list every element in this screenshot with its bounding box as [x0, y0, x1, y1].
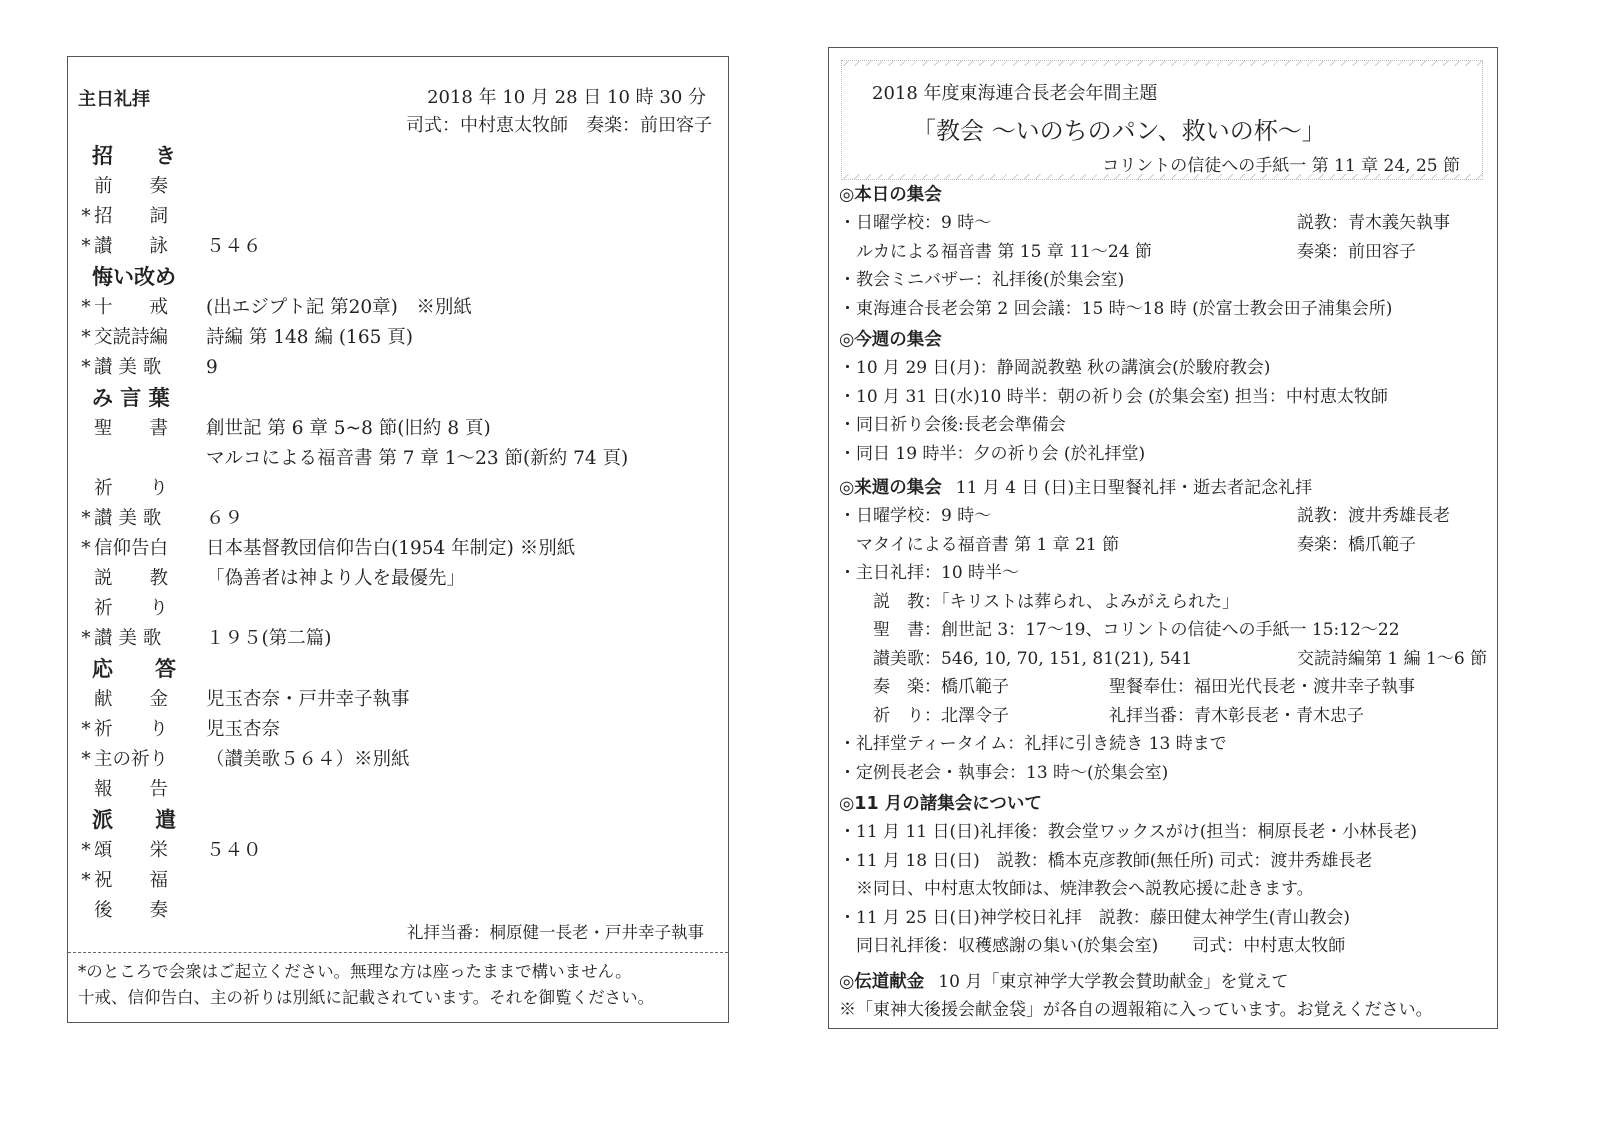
announcement-detail: 交読詩編第 1 編 1～6 節: [1297, 645, 1487, 674]
announcement-text: 聖 書：創世記 3：17～19、コリントの信徒への手紙一 15:12～22: [839, 620, 1400, 640]
liturgy-item-label: 説 教: [94, 564, 206, 594]
liturgy-item: *交読詩編詩編 第 148 編 (165 頁): [78, 323, 718, 353]
liturgy-item: *招 詞: [78, 202, 718, 232]
announcement-text: ルカによる福音書 第 15 章 11～24 節: [839, 242, 1152, 262]
announcement-line: ・同日 19 時半：夕の祈り会 (於礼拝堂): [839, 440, 1489, 469]
liturgy-item-continuation: マルコによる福音書 第 7 章 1～23 節(新約 74 頁): [78, 444, 718, 474]
liturgy-item-value: 9: [206, 353, 218, 383]
liturgy-section-heading: 派 遣: [78, 805, 718, 836]
announcement-line: ・同日祈り会後:長老会準備会: [839, 411, 1489, 440]
announcement-text: ・礼拝堂ティータイム：礼拝に引き続き 13 時まで: [839, 734, 1227, 754]
theme-scripture-ref: コリントの信徒への手紙一 第 11 章 24, 25 節: [1102, 151, 1460, 176]
liturgy-item-label: 祈 り: [94, 474, 206, 504]
liturgy-item: *頌 栄５４０: [78, 836, 718, 866]
announcement-line: ルカによる福音書 第 15 章 11～24 節奏楽：前田容子: [839, 238, 1489, 267]
liturgy-item: *讃 美 歌１９５(第二篇): [78, 624, 718, 654]
standing-marker: *: [78, 293, 94, 323]
dashed-divider: [68, 952, 728, 953]
liturgy-item: *信仰告白日本基督教団信仰告白(1954 年制定) ※別紙: [78, 534, 718, 564]
liturgy-section-heading: 応 答: [78, 654, 718, 685]
section-heading: ◎伝道献金10 月「東京神学大学教会賛助献金」を覚えて: [839, 968, 1489, 996]
liturgy-section-heading: 悔い改め: [78, 262, 718, 293]
liturgy-item: 祈 り: [78, 474, 718, 504]
standing-marker: *: [78, 866, 94, 896]
liturgy-item-value: 創世記 第 6 章 5~8 節(旧約 8 頁): [206, 414, 491, 444]
section-november: ◎11 月の諸集会について ・11 月 11 日(日)礼拝後：教会堂ワックスがけ…: [839, 790, 1489, 961]
section-heading: ◎本日の集会: [839, 181, 1489, 209]
announcement-detail: 奏楽：前田容子: [1297, 238, 1416, 267]
announcement-detail: 礼拝当番：青木彰長老・青木忠子: [1109, 702, 1364, 731]
liturgy-item: 聖 書創世記 第 6 章 5~8 節(旧約 8 頁): [78, 414, 718, 444]
footnote-line: *のところで会衆はご起立ください。無理な方は座ったままで構いません。: [78, 959, 654, 985]
liturgy-item-label: 後 奏: [94, 896, 206, 926]
announcement-line: ・日曜学校：9 時～説教：渡井秀雄長老: [839, 502, 1489, 531]
liturgy-item-value: 児玉杏奈・戸井幸子執事: [206, 685, 410, 715]
standing-marker: *: [78, 202, 94, 232]
liturgy-item: 献 金児玉杏奈・戸井幸子執事: [78, 685, 718, 715]
announcement-text: 奏 楽：橋爪範子: [839, 677, 1009, 697]
liturgy-item-label: 報 告: [94, 775, 206, 805]
liturgy-item: *讃 美 歌６９: [78, 504, 718, 534]
liturgy-item-label: 讃 詠: [94, 232, 206, 262]
standing-marker: *: [78, 624, 94, 654]
liturgy-item-value: １９５(第二篇): [206, 624, 331, 654]
footnote: *のところで会衆はご起立ください。無理な方は座ったままで構いません。 十戒、信仰…: [78, 959, 654, 1011]
service-staff: 司式：中村恵太牧師 奏楽：前田容子: [406, 111, 712, 137]
footnote-line: 十戒、信仰告白、主の祈りは別紙に記載されています。それを御覧ください。: [78, 985, 654, 1011]
announcement-text: ・日曜学校：9 時～: [839, 506, 991, 526]
announcement-line: ※「東神大後援会献金袋」が各自の週報箱に入っています。お覚えください。: [839, 996, 1489, 1025]
announcement-line: 同日礼拝後：収穫感謝の集い(於集会室) 司式：中村恵太牧師: [839, 932, 1489, 961]
standing-marker: [78, 594, 94, 624]
announcement-text: ・主日礼拝：10 時半～: [839, 563, 1019, 583]
liturgy-item: *讃 美 歌9: [78, 353, 718, 383]
liturgy-item-value: マルコによる福音書 第 7 章 1～23 節(新約 74 頁): [206, 444, 628, 474]
worship-duty: 礼拝当番：桐原健一長老・戸井幸子執事: [407, 919, 704, 943]
liturgy-item-label: 祝 福: [94, 866, 206, 896]
standing-marker: *: [78, 504, 94, 534]
liturgy-item-label: 讃 美 歌: [94, 504, 206, 534]
announcement-line: ・定例長老会・執事会：13 時～(於集会室): [839, 759, 1489, 788]
announcement-line: ・11 月 11 日(日)礼拝後：教会堂ワックスがけ(担当：桐原長老・小林長老): [839, 818, 1489, 847]
announcement-line: 祈 り：北澤令子礼拝当番：青木彰長老・青木忠子: [839, 702, 1489, 731]
liturgy-item: *祝 福: [78, 866, 718, 896]
announcement-line: ・11 月 25 日(日)神学校日礼拝 説教：藤田健太神学生(青山教会): [839, 904, 1489, 933]
announcements-panel: 2018 年度東海連合長老会年間主題 「教会 ～いのちのパン、救いの杯～」 コリ…: [828, 47, 1498, 1029]
liturgy-item-label: 交読詩編: [94, 323, 206, 353]
worship-order-panel: 主日礼拝 2018 年 10 月 28 日 10 時 30 分 司式：中村恵太牧…: [67, 56, 729, 1023]
standing-marker: [78, 414, 94, 444]
liturgy-item-label: 招 詞: [94, 202, 206, 232]
announcement-line: ・10 月 29 日(月)：静岡説教塾 秋の講演会(於駿府教会): [839, 354, 1489, 383]
liturgy-item-label: 祈 り: [94, 715, 206, 745]
standing-marker: *: [78, 715, 94, 745]
liturgy-item: 祈 り: [78, 594, 718, 624]
liturgy-item-label: 献 金: [94, 685, 206, 715]
liturgy-item-value: 「偽善者は神より人を最優先」: [206, 564, 465, 594]
announcement-line: 讃美歌：546, 10, 70, 151, 81(21), 541交読詩編第 1…: [839, 645, 1489, 674]
liturgy-item-value: 詩編 第 148 編 (165 頁): [206, 323, 413, 353]
standing-marker: [78, 564, 94, 594]
standing-marker: [78, 896, 94, 926]
announcement-line: ※同日、中村恵太牧師は、焼津教会へ説教応援に赴きます。: [839, 875, 1489, 904]
liturgy-section-heading: み 言 葉: [78, 383, 718, 414]
announcement-text: 讃美歌：546, 10, 70, 151, 81(21), 541: [839, 649, 1192, 669]
liturgy-item-label: 讃 美 歌: [94, 624, 206, 654]
liturgy-item: 報 告: [78, 775, 718, 805]
theme-caption: 2018 年度東海連合長老会年間主題: [872, 79, 1158, 105]
service-title: 主日礼拝: [78, 85, 150, 111]
announcement-line: 聖 書：創世記 3：17～19、コリントの信徒への手紙一 15:12～22: [839, 616, 1489, 645]
liturgy-item-label: 讃 美 歌: [94, 353, 206, 383]
liturgy-item-value: 日本基督教団信仰告白(1954 年制定) ※別紙: [206, 534, 575, 564]
announcement-line: 奏 楽：橋爪範子聖餐奉仕：福田光代長老・渡井幸子執事: [839, 673, 1489, 702]
annual-theme-box: 2018 年度東海連合長老会年間主題 「教会 ～いのちのパン、救いの杯～」 コリ…: [841, 60, 1483, 180]
announcement-text: 祈 り：北澤令子: [839, 706, 1009, 726]
liturgy-item-label: 聖 書: [94, 414, 206, 444]
announcement-text: マタイによる福音書 第 1 章 21 節: [839, 535, 1119, 555]
announcement-detail: 奏楽：橋爪範子: [1297, 531, 1416, 560]
standing-marker: [78, 474, 94, 504]
standing-marker: *: [78, 836, 94, 866]
section-today: ◎本日の集会 ・日曜学校：9 時～説教：青木義矢執事 ルカによる福音書 第 15…: [839, 181, 1489, 323]
standing-marker: *: [78, 534, 94, 564]
announcement-text: ・教会ミニバザー：礼拝後(於集会室): [839, 270, 1124, 290]
liturgy-item: 前 奏: [78, 172, 718, 202]
liturgy-item-label: 頌 栄: [94, 836, 206, 866]
liturgy-item-label: 信仰告白: [94, 534, 206, 564]
announcement-line: ・礼拝堂ティータイム：礼拝に引き続き 13 時まで: [839, 730, 1489, 759]
standing-marker: [78, 775, 94, 805]
announcement-line: ・東海連合長老会第 2 回会議：15 時～18 時 (於富士教会田子浦集会所): [839, 295, 1489, 324]
standing-marker: [78, 172, 94, 202]
theme-title: 「教会 ～いのちのパン、救いの杯～」: [912, 111, 1326, 146]
announcement-line: ・10 月 31 日(水)10 時半：朝の祈り会 (於集会室) 担当：中村恵太牧…: [839, 383, 1489, 412]
liturgy-item-value: 児玉杏奈: [206, 715, 280, 745]
liturgy-item-value: ５４６: [206, 232, 262, 262]
section-heading-subtitle: 11 月 4 日 (日)主日聖餐礼拝・逝去者記念礼拝: [956, 478, 1312, 498]
announcement-text: ・東海連合長老会第 2 回会議：15 時～18 時 (於富士教会田子浦集会所): [839, 299, 1392, 319]
announcement-detail: 説教：渡井秀雄長老: [1297, 502, 1450, 531]
section-heading: ◎11 月の諸集会について: [839, 790, 1489, 818]
announcement-line: ・日曜学校：9 時～説教：青木義矢執事: [839, 209, 1489, 238]
liturgy-item-label: 十 戒: [94, 293, 206, 323]
standing-marker: [78, 685, 94, 715]
announcement-text: 説 教：「キリストは葬られ、よみがえられた」: [839, 592, 1239, 612]
standing-marker: *: [78, 745, 94, 775]
liturgy-item-label: 祈 り: [94, 594, 206, 624]
liturgy-item: *讃 詠５４６: [78, 232, 718, 262]
section-heading: ◎来週の集会11 月 4 日 (日)主日聖餐礼拝・逝去者記念礼拝: [839, 474, 1489, 502]
section-heading-subtitle: 10 月「東京神学大学教会賛助献金」を覚えて: [938, 972, 1288, 992]
announcement-line: ・教会ミニバザー：礼拝後(於集会室): [839, 266, 1489, 295]
liturgy-item: *祈 り児玉杏奈: [78, 715, 718, 745]
announcement-text: ・定例長老会・執事会：13 時～(於集会室): [839, 763, 1168, 783]
announcement-text: ・日曜学校：9 時～: [839, 213, 991, 233]
standing-marker: *: [78, 232, 94, 262]
standing-marker: *: [78, 323, 94, 353]
liturgy-item-value: (出エジプト記 第20章) ※別紙: [206, 293, 472, 323]
announcement-line: ・11 月 18 日(日) 説教：橋本克彦教師(無任所) 司式：渡井秀雄長老: [839, 847, 1489, 876]
service-datetime: 2018 年 10 月 28 日 10 時 30 分: [427, 83, 706, 109]
order-of-worship: 招 き前 奏*招 詞*讃 詠５４６悔い改め*十 戒(出エジプト記 第20章) ※…: [78, 141, 718, 926]
liturgy-item: 説 教「偽善者は神より人を最優先」: [78, 564, 718, 594]
liturgy-item-value: （讃美歌５６４）※別紙: [206, 745, 410, 775]
liturgy-item: *主の祈り（讃美歌５６４）※別紙: [78, 745, 718, 775]
liturgy-item-value: ５４０: [206, 836, 262, 866]
liturgy-section-heading: 招 き: [78, 141, 718, 172]
announcement-detail: 説教：青木義矢執事: [1297, 209, 1450, 238]
liturgy-item-label: 主の祈り: [94, 745, 206, 775]
liturgy-item-value: ６９: [206, 504, 243, 534]
announcement-line: 説 教：「キリストは葬られ、よみがえられた」: [839, 588, 1489, 617]
section-next-week: ◎来週の集会11 月 4 日 (日)主日聖餐礼拝・逝去者記念礼拝 ・日曜学校：9…: [839, 474, 1489, 787]
section-heading-title: ◎来週の集会: [839, 478, 942, 498]
liturgy-item-label: 前 奏: [94, 172, 206, 202]
section-heading-title: ◎伝道献金: [839, 972, 924, 992]
section-heading: ◎今週の集会: [839, 326, 1489, 354]
section-this-week: ◎今週の集会 ・10 月 29 日(月)：静岡説教塾 秋の講演会(於駿府教会)・…: [839, 326, 1489, 468]
standing-marker: *: [78, 353, 94, 383]
announcement-line: ・主日礼拝：10 時半～: [839, 559, 1489, 588]
liturgy-item: *十 戒(出エジプト記 第20章) ※別紙: [78, 293, 718, 323]
announcement-line: マタイによる福音書 第 1 章 21 節奏楽：橋爪範子: [839, 531, 1489, 560]
announcement-detail: 聖餐奉仕：福田光代長老・渡井幸子執事: [1109, 673, 1415, 702]
section-mission-offering: ◎伝道献金10 月「東京神学大学教会賛助献金」を覚えて ※「東神大後援会献金袋」…: [839, 968, 1489, 1025]
